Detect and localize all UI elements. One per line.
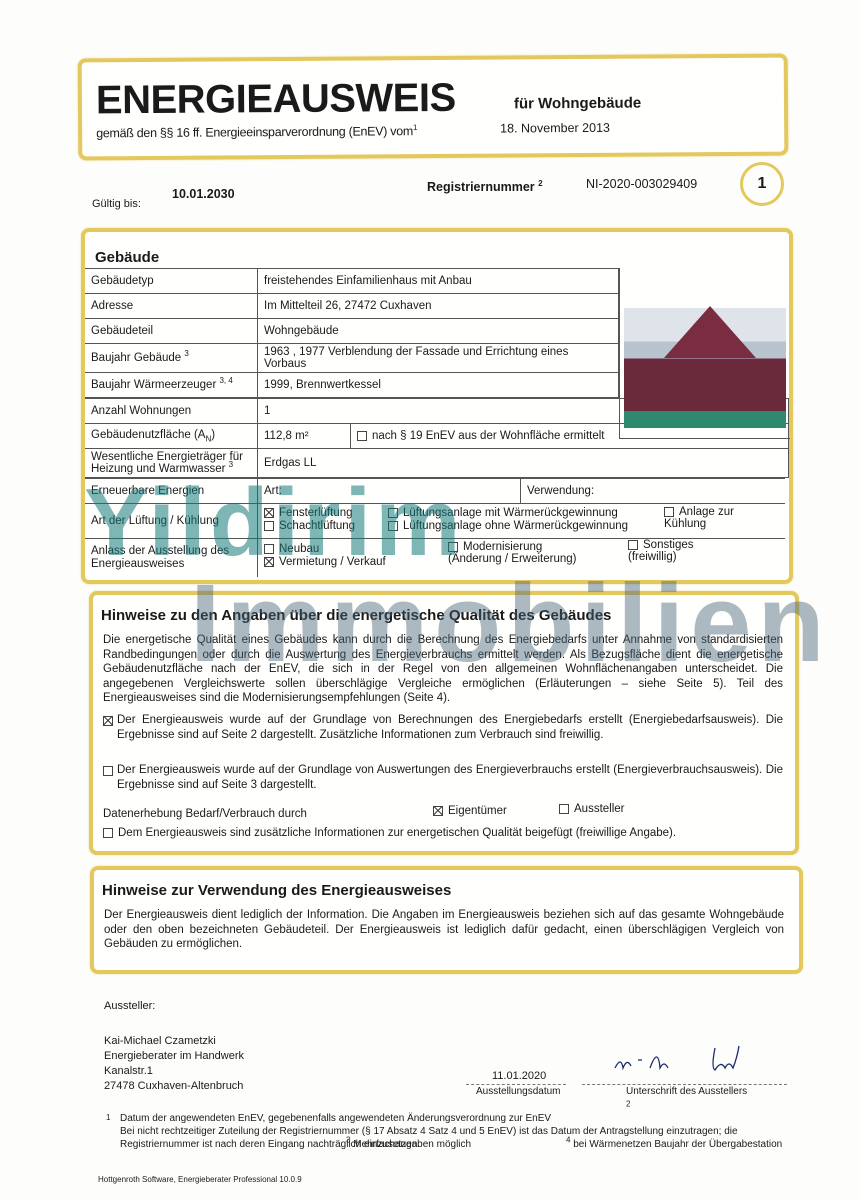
usage-notes-title: Hinweise zur Verwendung des Energieauswe…	[102, 882, 451, 899]
building-table: Gebäudetypfreistehendes Einfamilienhaus …	[85, 268, 619, 398]
footnote-number: 3	[346, 1136, 350, 1145]
table-row: GebäudeteilWohngebäude	[85, 319, 619, 344]
registration-number: NI-2020-003029409	[586, 177, 697, 191]
row-value: Im Mittelteil 26, 27472 Cuxhaven	[258, 294, 619, 319]
option-consumption-certificate[interactable]: Der Energieausweis wurde auf der Grundla…	[103, 763, 783, 792]
option-eigentuemer[interactable]: Eigentümer	[433, 805, 507, 817]
checkbox-icon[interactable]	[664, 507, 674, 517]
option-aussteller[interactable]: Aussteller	[559, 803, 625, 815]
signature-label: Unterschrift des Ausstellers	[626, 1086, 747, 1097]
footnote-1: 1Datum der angewendeten EnEV, gegebenenf…	[106, 1112, 796, 1125]
row-label: Adresse	[85, 294, 258, 319]
usage-notes-text: Der Energieausweis dient lediglich der I…	[104, 908, 784, 952]
label-text: Baujahr Wärmeerzeuger	[91, 379, 216, 391]
footnote-ref: 1	[413, 123, 417, 132]
row-value: 112,8 m²	[258, 424, 351, 449]
issue-date: 11.01.2020	[492, 1070, 546, 1082]
row-label: Gebäudenutzfläche (AN)	[85, 424, 258, 449]
issuer-name: Kai-Michael Czametzki	[104, 1034, 244, 1049]
label-text: Gebäudenutzfläche (A	[91, 429, 205, 441]
registration-label: Registriernummer 2	[427, 180, 543, 194]
row-value: 1963 , 1977 Verblendung der Fassade und …	[258, 344, 619, 373]
table-row: Baujahr Gebäude 31963 , 1977 Verblendung…	[85, 344, 619, 373]
row-label: Anzahl Wohnungen	[85, 399, 258, 424]
signature-line	[582, 1084, 787, 1085]
footnote-text: bei Wärmenetzen Baujahr der Übergabestat…	[573, 1139, 782, 1150]
registration-label-text: Registriernummer	[427, 180, 535, 194]
software-credit: Hottgenroth Software, Energieberater Pro…	[98, 1175, 302, 1184]
house-roof-shape	[664, 306, 756, 358]
building-section-title: Gebäude	[95, 249, 159, 266]
footnote-2: 2	[626, 1102, 630, 1115]
checkbox-checked-icon[interactable]	[433, 806, 443, 816]
checkbox-checked-icon[interactable]	[103, 716, 113, 726]
issuer-address: Kai-Michael Czametzki Energieberater im …	[104, 1034, 244, 1094]
watermark-line-2: Immobilien	[190, 560, 831, 687]
footnote-3: 3 Mehrfachangaben möglich	[346, 1138, 471, 1151]
option-label: Anlage zur Kühlung	[664, 506, 734, 530]
footnote-ref: 3	[184, 349, 188, 358]
issuer-city: 27478 Cuxhaven-Altenbruch	[104, 1079, 244, 1094]
issue-date-label: Ausstellungsdatum	[476, 1086, 561, 1097]
option-additional-info[interactable]: Dem Energieausweis sind zusätzliche Info…	[103, 827, 676, 839]
usage-notes-section: Hinweise zur Verwendung des Energieauswe…	[90, 866, 803, 974]
issuer-label: Aussteller:	[104, 1000, 155, 1012]
footnote-text: Mehrfachangaben möglich	[353, 1139, 471, 1150]
row-label: Baujahr Wärmeerzeuger 3, 4	[85, 373, 258, 398]
footnote-ref: 2	[538, 179, 542, 188]
row-label: Baujahr Gebäude 3	[85, 344, 258, 373]
valid-until-label: Gültig bis:	[92, 198, 141, 210]
law-date: 18. November 2013	[500, 121, 610, 136]
date-line	[466, 1084, 566, 1085]
renewables-usage: Verwendung:	[521, 479, 786, 504]
option-label: Dem Energieausweis sind zusätzliche Info…	[118, 827, 676, 839]
document-title: ENERGIEAUSWEIS	[96, 76, 456, 124]
table-row: AdresseIm Mittelteil 26, 27472 Cuxhaven	[85, 294, 619, 319]
footnote-ref: 3, 4	[219, 376, 232, 385]
label-text: Baujahr Gebäude	[91, 352, 181, 364]
row-value: freistehendes Einfamilienhaus mit Anbau	[258, 269, 619, 294]
signature-icon	[610, 1038, 760, 1082]
title-box: ENERGIEAUSWEIS für Wohngebäude gemäß den…	[78, 54, 789, 161]
checkbox-icon[interactable]	[628, 540, 638, 550]
label-end: )	[211, 429, 215, 441]
option-label: Aussteller	[574, 803, 625, 815]
page-number-badge: 1	[740, 162, 784, 206]
checkbox-icon[interactable]	[559, 804, 569, 814]
footnote-text: Datum der angewendeten EnEV, gegebenenfa…	[120, 1113, 551, 1124]
option-text: Der Energieausweis wurde auf der Grundla…	[117, 714, 783, 741]
option-kuehlung[interactable]: Anlage zur Kühlung	[664, 506, 744, 530]
checkbox-icon[interactable]	[357, 431, 367, 441]
option-label: nach § 19 EnEV aus der Wohnfläche ermitt…	[372, 430, 604, 442]
checkbox-icon[interactable]	[103, 828, 113, 838]
house-photo	[624, 308, 786, 428]
photo-cell	[619, 268, 790, 439]
footnotes: 1Datum der angewendeten EnEV, gegebenenf…	[106, 1112, 796, 1151]
law-reference: gemäß den §§ 16 ff. Energieeinsparverord…	[96, 124, 417, 140]
footnote-number: 2	[626, 1100, 630, 1109]
row-value: Wohngebäude	[258, 319, 619, 344]
issuer-role: Energieberater im Handwerk	[104, 1049, 244, 1064]
valid-until-value: 10.01.2030	[172, 187, 235, 201]
footnote-4: 4 bei Wärmenetzen Baujahr der Übergabest…	[566, 1138, 782, 1151]
checkbox-icon[interactable]	[103, 766, 113, 776]
table-row: Gebäudetypfreistehendes Einfamilienhaus …	[85, 269, 619, 294]
issuer-street: Kanalstr.1	[104, 1064, 244, 1079]
option-demand-certificate[interactable]: Der Energieausweis wurde auf der Grundla…	[103, 713, 783, 742]
footnote-number: 4	[566, 1136, 570, 1145]
table-row: Baujahr Wärmeerzeuger 3, 41999, Brennwer…	[85, 373, 619, 398]
option-label: Eigentümer	[448, 805, 507, 817]
row-value: 1999, Brennwertkessel	[258, 373, 619, 398]
row-label: Gebäudeteil	[85, 319, 258, 344]
option-text: Der Energieausweis wurde auf der Grundla…	[117, 764, 783, 791]
row-label: Gebäudetyp	[85, 269, 258, 294]
law-text: gemäß den §§ 16 ff. Energieeinsparverord…	[96, 124, 413, 140]
data-collection-label: Datenerhebung Bedarf/Verbrauch durch	[103, 807, 307, 822]
building-type-subtitle: für Wohngebäude	[514, 95, 641, 113]
